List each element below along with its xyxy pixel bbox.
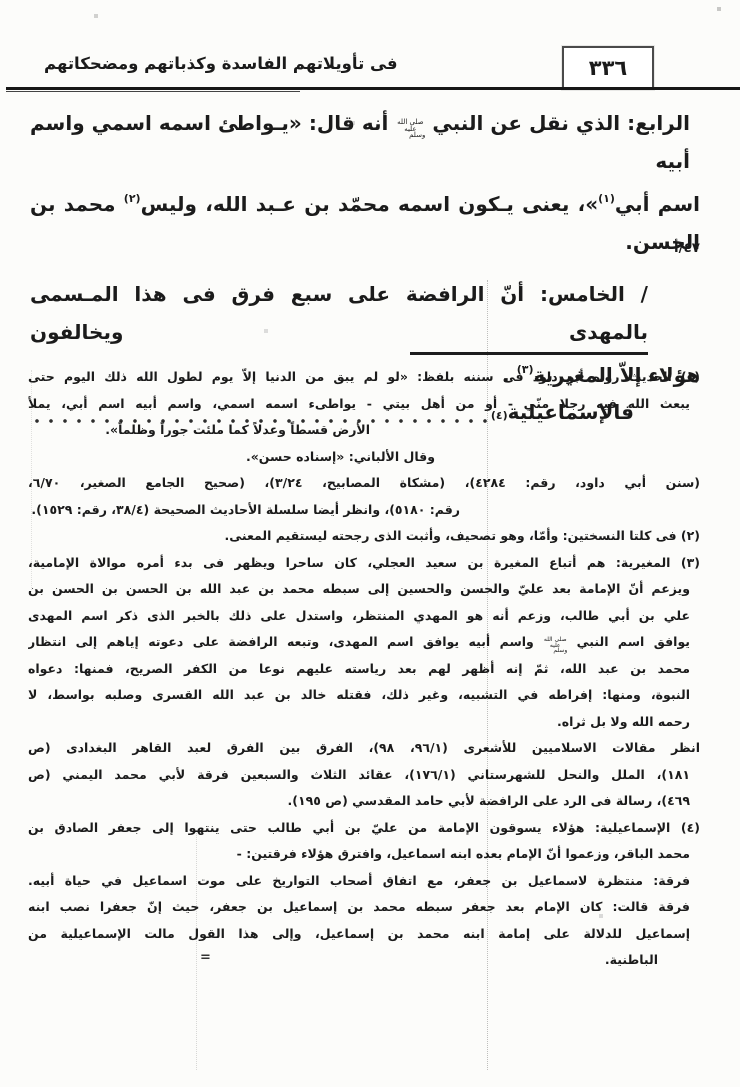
footnotes-section: (١) الحديث رواه أبو داود فى سننه بلفظ: «…: [28, 364, 700, 974]
footnote-line: ٤٦٩)، رسالة فى الرد على الرافضة لأبي حام…: [28, 788, 700, 815]
body-line: الرابع: الذي نقل عن النبي صلى الله عليه …: [30, 104, 700, 180]
paragraph-fourth: الرابع: الذي نقل عن النبي صلى الله عليه …: [30, 104, 700, 261]
folio-break-mark: /: [625, 282, 648, 306]
footnote-line: رقم: ٥١٨٠)، وانظر أيضا سلسلة الأحاديث ال…: [28, 497, 700, 524]
page-number-box: ٣٣٦: [562, 46, 654, 90]
footnote-line: (سنن أبي داود، رقم: ٤٢٨٤)، (مشكاة المصاب…: [28, 470, 700, 497]
footnote-line: (٤) الإسماعيلية: هؤلاء يسوقون الإمامة من…: [28, 815, 700, 842]
footnote-line: فرقة: منتظرة لاسماعيل بن جعفر، مع اتفاق …: [28, 868, 700, 895]
scanned-book-page: فى تأويلاتهم الفاسدة وكذباتهم ومضحكاتهم …: [0, 0, 740, 1087]
body-text: محمد بن: [30, 192, 124, 216]
body-text: الخامس: أنّ الرافضة على سبع فرق فى هذا ا…: [30, 282, 648, 344]
page-number: ٣٣٦: [589, 56, 627, 80]
footnote-line: النبوة، ومنها: إفراطه في التشبيه، وغير ذ…: [28, 682, 700, 709]
body-text: اسم أبي: [615, 192, 700, 216]
footnote-separator: [410, 352, 648, 355]
body-line: اسم أبي(١)»، يعنى يـكون اسمه محمّد بن عـ…: [30, 180, 700, 223]
body-text: الرابع: الذي نقل عن النبي: [425, 111, 690, 135]
footnote-line: فرقة قالت: كان الإمام بعد جعفر سبطه محمد…: [28, 894, 700, 921]
footnote-line: إسماعيل للدلالة على إمامة ابنه محمد بن إ…: [28, 921, 700, 948]
footnote-line: (٢) فى كلتا النسختين: وأمّا، وهو تصحيف، …: [28, 523, 700, 550]
body-text: »، يعنى يـكون اسمه محمّد بن عـبد الله، و…: [141, 192, 599, 216]
honorific-saw-mark: صلى الله عليه وسلم: [395, 119, 425, 139]
footnote-text: واسم أبيه يوافق اسم المهدى، وتبعه الرافض…: [28, 634, 543, 649]
footnote-line: الأرض قسطاً وعدلاً كما ملئت جوراً وظلماً…: [28, 417, 700, 444]
footnote-line: انظر مقالات الاسلاميين للأشعرى (٩٦/١، ٩٨…: [28, 735, 700, 762]
footnote-ref-1: (١): [598, 192, 615, 205]
body-text: الحسن.: [625, 230, 700, 254]
footnote-line: يوافق اسم النبي صلى الله عليه وسلم واسم …: [28, 629, 700, 656]
footnote-line: (٣) المغيرية: هم أتباع المغيرة بن سعيد ا…: [28, 550, 700, 577]
footnote-line: ويزعم أنّ الإمامة بعد عليّ والحسن والحسي…: [28, 576, 700, 603]
footnote-line: رحمه الله ولا بل ثراه.: [28, 709, 700, 736]
body-line: الحسن.: [30, 223, 700, 261]
honorific-saw-mark: صلى الله عليه وسلم: [543, 637, 567, 654]
body-line: / الخامس: أنّ الرافضة على سبع فرق فى هذا…: [30, 275, 700, 351]
footnote-line: (١) الحديث رواه أبو داود فى سننه بلفظ: «…: [28, 364, 700, 391]
running-title: فى تأويلاتهم الفاسدة وكذباتهم ومضحكاتهم: [44, 54, 398, 73]
footnote-ref-2: (٢): [124, 192, 141, 205]
footnote-line: علي بن أبي طالب، وزعم أنه هو المهدي المن…: [28, 603, 700, 630]
footnote-line: الباطنية.: [28, 947, 700, 974]
header-rule: [6, 87, 740, 90]
footnote-line: وقال الألباني: «إسناده حسن».: [28, 444, 700, 471]
footnote-line: محمد بن عبد الله، ثمّ إنه أظهر لهم بعد ر…: [28, 656, 700, 683]
footnote-line: ١٨١)، الملل والنحل للشهرستاني (١٧٦/١)، ع…: [28, 762, 700, 789]
footnote-line: محمد الباقر، وزعموا أنّ الإمام بعده ابنه…: [28, 841, 700, 868]
footnote-text: يوافق اسم النبي: [567, 634, 690, 649]
footnote-line: يبعث الله فيه رجلا منّي - أو من أهل بيتي…: [28, 391, 700, 418]
continuation-mark: =: [200, 950, 211, 965]
scan-speckle-noise: [0, 0, 2, 2]
